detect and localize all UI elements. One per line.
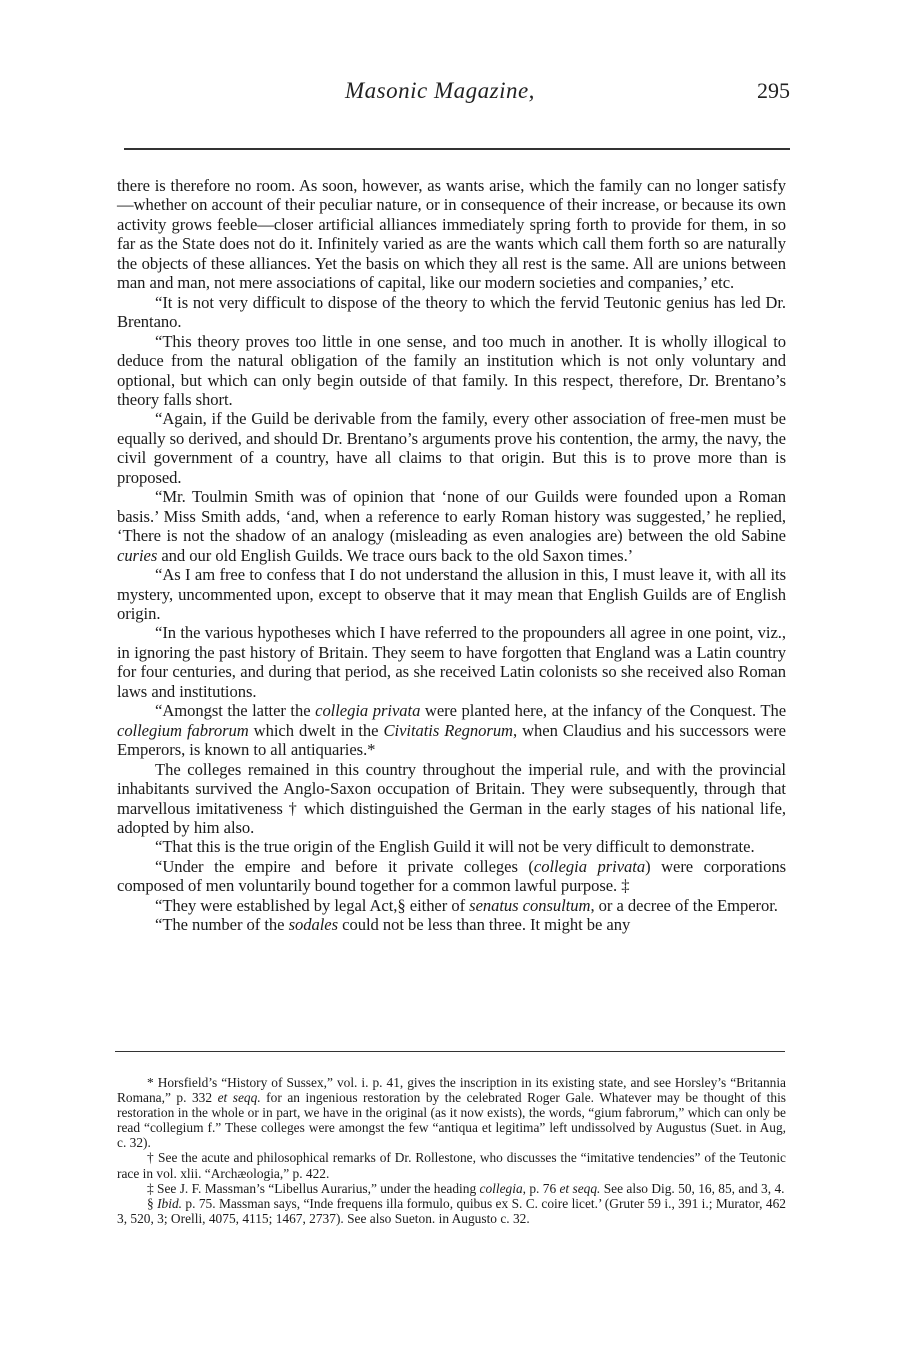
- text-run: p. 75. Massman says, “Inde frequens illa…: [117, 1196, 786, 1226]
- body-paragraph: “That this is the true origin of the Eng…: [117, 837, 786, 856]
- italic-text: et seqq.: [218, 1090, 261, 1105]
- text-run: “The number of the: [155, 915, 289, 934]
- italic-text: senatus consultum: [469, 896, 590, 915]
- text-run: See also Dig. 50, 16, 85, and 3, 4.: [600, 1181, 784, 1196]
- footnote-rule: [115, 1051, 785, 1052]
- text-run: ‡ See J. F. Massman’s “Libellus Aurarius…: [147, 1181, 480, 1196]
- footnote: * Horsfield’s “History of Sussex,” vol. …: [117, 1075, 786, 1150]
- body-text: there is therefore no room. As soon, how…: [117, 176, 786, 935]
- body-paragraph: “As I am free to confess that I do not u…: [117, 565, 786, 623]
- footnotes: * Horsfield’s “History of Sussex,” vol. …: [117, 1075, 786, 1226]
- text-run: “Mr. Toulmin Smith was of opinion that ‘…: [117, 487, 786, 545]
- italic-text: sodales: [289, 915, 338, 934]
- body-paragraph: “Mr. Toulmin Smith was of opinion that ‘…: [117, 487, 786, 565]
- italic-text: collegium fabrorum: [117, 721, 249, 740]
- body-paragraph: “They were established by legal Act,§ ei…: [117, 896, 786, 915]
- header-rule: [124, 148, 790, 150]
- body-paragraph: “Again, if the Guild be derivable from t…: [117, 409, 786, 487]
- italic-text: collegia privata: [534, 857, 645, 876]
- text-run: “It is not very difficult to dispose of …: [117, 293, 786, 331]
- text-run: “This theory proves too little in one se…: [117, 332, 786, 409]
- running-title: Masonic Magazine,: [345, 78, 535, 104]
- text-run: “That this is the true origin of the Eng…: [155, 837, 755, 856]
- page-number: 295: [757, 78, 790, 104]
- text-run: which dwelt in the: [249, 721, 384, 740]
- text-run: “Again, if the Guild be derivable from t…: [117, 409, 786, 486]
- text-run: there is therefore no room. As soon, how…: [117, 176, 786, 292]
- body-paragraph: “In the various hypotheses which I have …: [117, 623, 786, 701]
- page-header: Masonic Magazine, 295: [117, 72, 790, 112]
- text-run: “Under the empire and before it private …: [155, 857, 534, 876]
- body-paragraph: there is therefore no room. As soon, how…: [117, 176, 786, 293]
- text-run: † See the acute and philosophical remark…: [117, 1150, 786, 1180]
- body-paragraph: “Under the empire and before it private …: [117, 857, 786, 896]
- text-run: were planted here, at the infancy of the…: [420, 701, 786, 720]
- italic-text: collegia privata: [315, 701, 420, 720]
- text-run: The colleges remained in this country th…: [117, 760, 786, 837]
- text-run: “They were established by legal Act,§ ei…: [155, 896, 469, 915]
- text-run: , or a decree of the Emperor.: [590, 896, 777, 915]
- italic-text: curies: [117, 546, 157, 565]
- text-run: could not be less than three. It might b…: [338, 915, 630, 934]
- body-paragraph: “Amongst the latter the collegia privata…: [117, 701, 786, 759]
- text-run: “Amongst the latter the: [155, 701, 315, 720]
- footnote: § Ibid. p. 75. Massman says, “Inde frequ…: [117, 1196, 786, 1226]
- italic-text: et seqq.: [559, 1181, 600, 1196]
- italic-text: collegia: [480, 1181, 523, 1196]
- text-run: “In the various hypotheses which I have …: [117, 623, 786, 700]
- body-paragraph: “The number of the sodales could not be …: [117, 915, 786, 934]
- text-run: and our old English Guilds. We trace our…: [157, 546, 633, 565]
- footnote: † See the acute and philosophical remark…: [117, 1150, 786, 1180]
- body-paragraph: “It is not very difficult to dispose of …: [117, 293, 786, 332]
- text-run: §: [147, 1196, 157, 1211]
- text-run: “As I am free to confess that I do not u…: [117, 565, 786, 623]
- body-paragraph: The colleges remained in this country th…: [117, 760, 786, 838]
- italic-text: Ibid.: [157, 1196, 182, 1211]
- italic-text: Civitatis Regnorum: [383, 721, 513, 740]
- text-run: , p. 76: [523, 1181, 560, 1196]
- footnote: ‡ See J. F. Massman’s “Libellus Aurarius…: [117, 1181, 786, 1196]
- body-paragraph: “This theory proves too little in one se…: [117, 332, 786, 410]
